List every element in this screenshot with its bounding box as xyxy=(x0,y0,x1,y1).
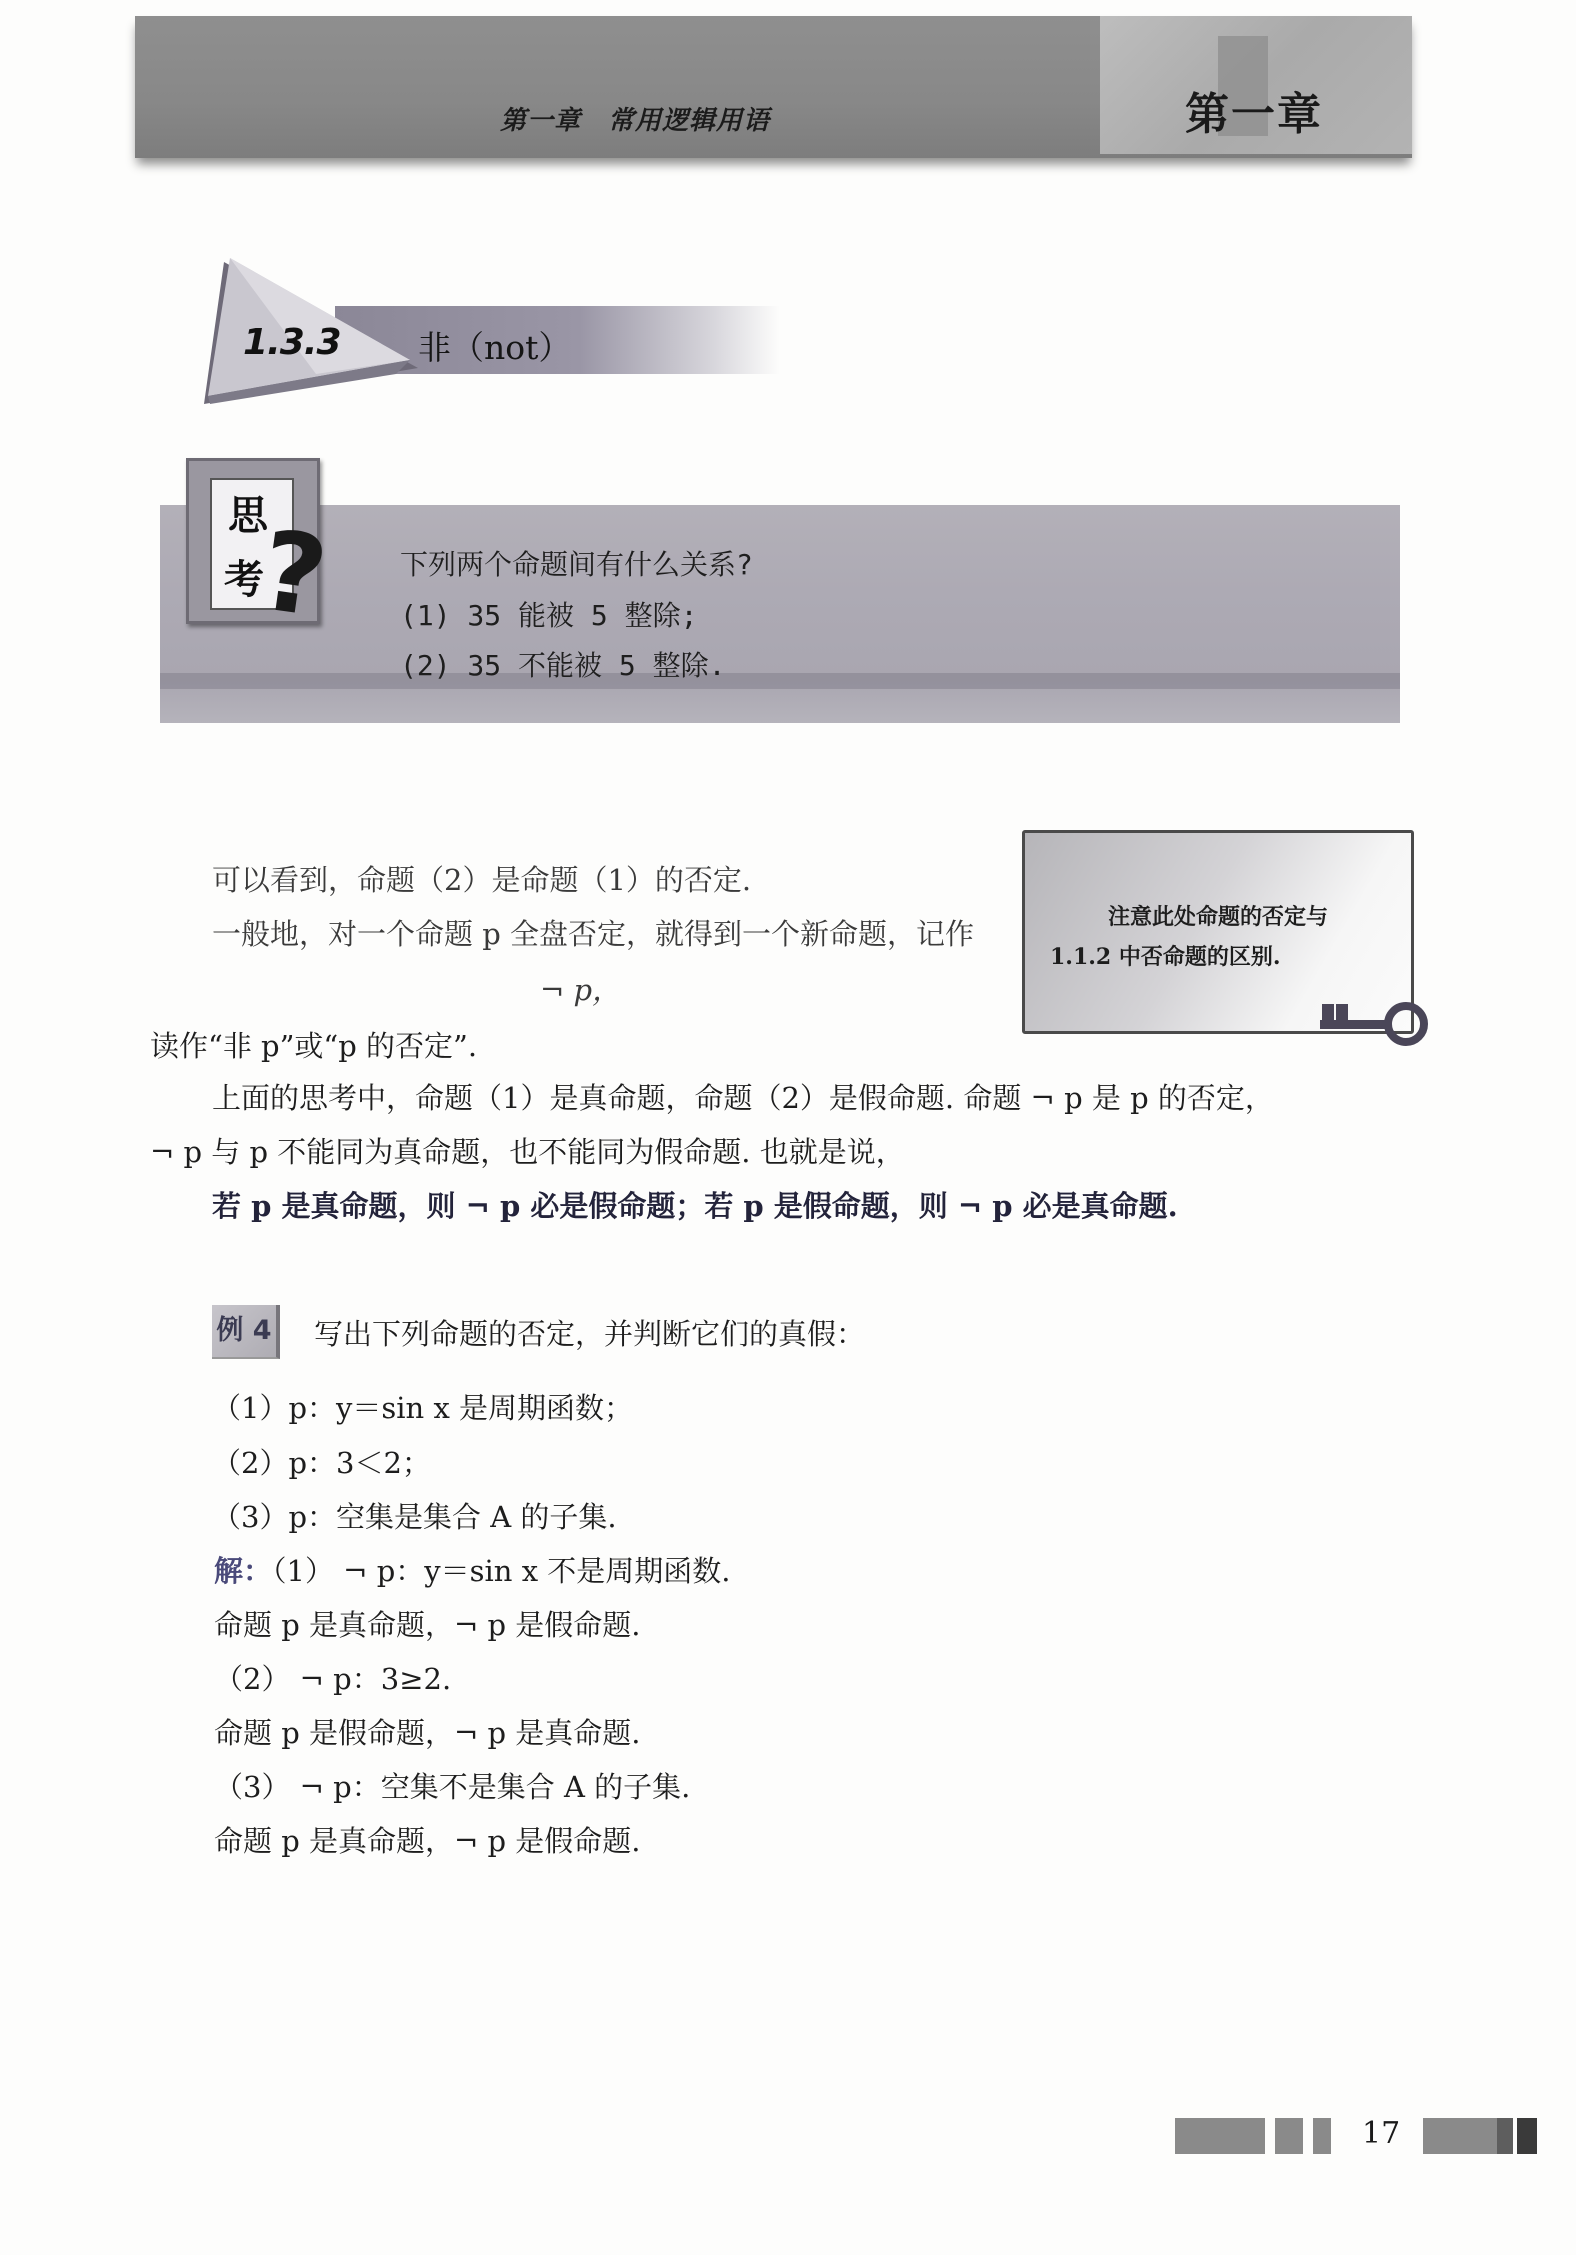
solution-line: 命题 p 是假命题，¬ p 是真命题. xyxy=(214,1711,641,1752)
example-item: （1）p：y＝sin x 是周期函数； xyxy=(212,1386,633,1427)
solution-label: 解： xyxy=(214,1554,272,1588)
margin-note-line: 1.1.2 中否命题的区别. xyxy=(1050,940,1281,971)
example-item: （3）p：空集是集合 A 的子集. xyxy=(212,1495,617,1536)
footer-decoration xyxy=(1313,2118,1331,2154)
body-paragraph: 可以看到，命题（2）是命题（1）的否定. xyxy=(212,858,751,899)
think-item: (2) 35 不能被 5 整除. xyxy=(400,644,725,684)
solution-line: （3） ¬ p：空集不是集合 A 的子集. xyxy=(214,1765,690,1806)
body-paragraph: 读作“非 p”或“p 的否定”. xyxy=(150,1024,477,1065)
solution-line: （2） ¬ p：3≥2. xyxy=(214,1657,451,1698)
footer-decoration xyxy=(1175,2118,1265,2154)
body-paragraph: 一般地，对一个命题 p 全盘否定，就得到一个新命题，记作 xyxy=(212,912,974,953)
think-item: (1) 35 能被 5 整除; xyxy=(400,594,697,634)
think-badge-char: 思 xyxy=(228,484,268,541)
key-icon xyxy=(1318,990,1433,1050)
example-tag: 例 4 xyxy=(212,1305,280,1359)
chapter-label: 第一章 xyxy=(1185,78,1323,142)
example-prompt: 写出下列命题的否定，并判断它们的真假： xyxy=(314,1312,865,1353)
body-paragraph: ¬ p 与 p 不能同为真命题，也不能同为假命题. 也就是说， xyxy=(150,1130,905,1171)
formula-not-p: ¬ p， xyxy=(540,968,621,1009)
footer-decoration xyxy=(1423,2118,1497,2154)
solution-line: 解：（1） ¬ p：y＝sin x 不是周期函数. xyxy=(214,1549,731,1590)
section-title: 非（not） xyxy=(418,322,571,369)
solution-line: 命题 p 是真命题，¬ p 是假命题. xyxy=(214,1819,641,1860)
solution-line: 命题 p 是真命题，¬ p 是假命题. xyxy=(214,1603,641,1644)
think-box xyxy=(160,505,1400,723)
body-paragraph: 上面的思考中，命题（1）是真命题，命题（2）是假命题. 命题 ¬ p 是 p 的… xyxy=(212,1076,1274,1117)
footer-decoration xyxy=(1517,2118,1537,2154)
think-question: 下列两个命题间有什么关系? xyxy=(400,543,753,583)
margin-note-line: 注意此处命题的否定与 xyxy=(1108,900,1328,931)
page-number: 17 xyxy=(1362,2116,1400,2151)
key-statement: 若 p 是真命题，则 ¬ p 必是假命题；若 p 是假命题，则 ¬ p 必是真命… xyxy=(212,1184,1178,1225)
footer-decoration xyxy=(1497,2118,1513,2154)
example-item: （2）p：3＜2； xyxy=(212,1441,431,1482)
running-title: 第一章 常用逻辑用语 xyxy=(500,100,770,137)
footer-decoration xyxy=(1275,2118,1303,2154)
solution-text: （1） ¬ p：y＝sin x 不是周期函数. xyxy=(272,1554,730,1588)
section-number: 1.3.3 xyxy=(243,322,341,363)
